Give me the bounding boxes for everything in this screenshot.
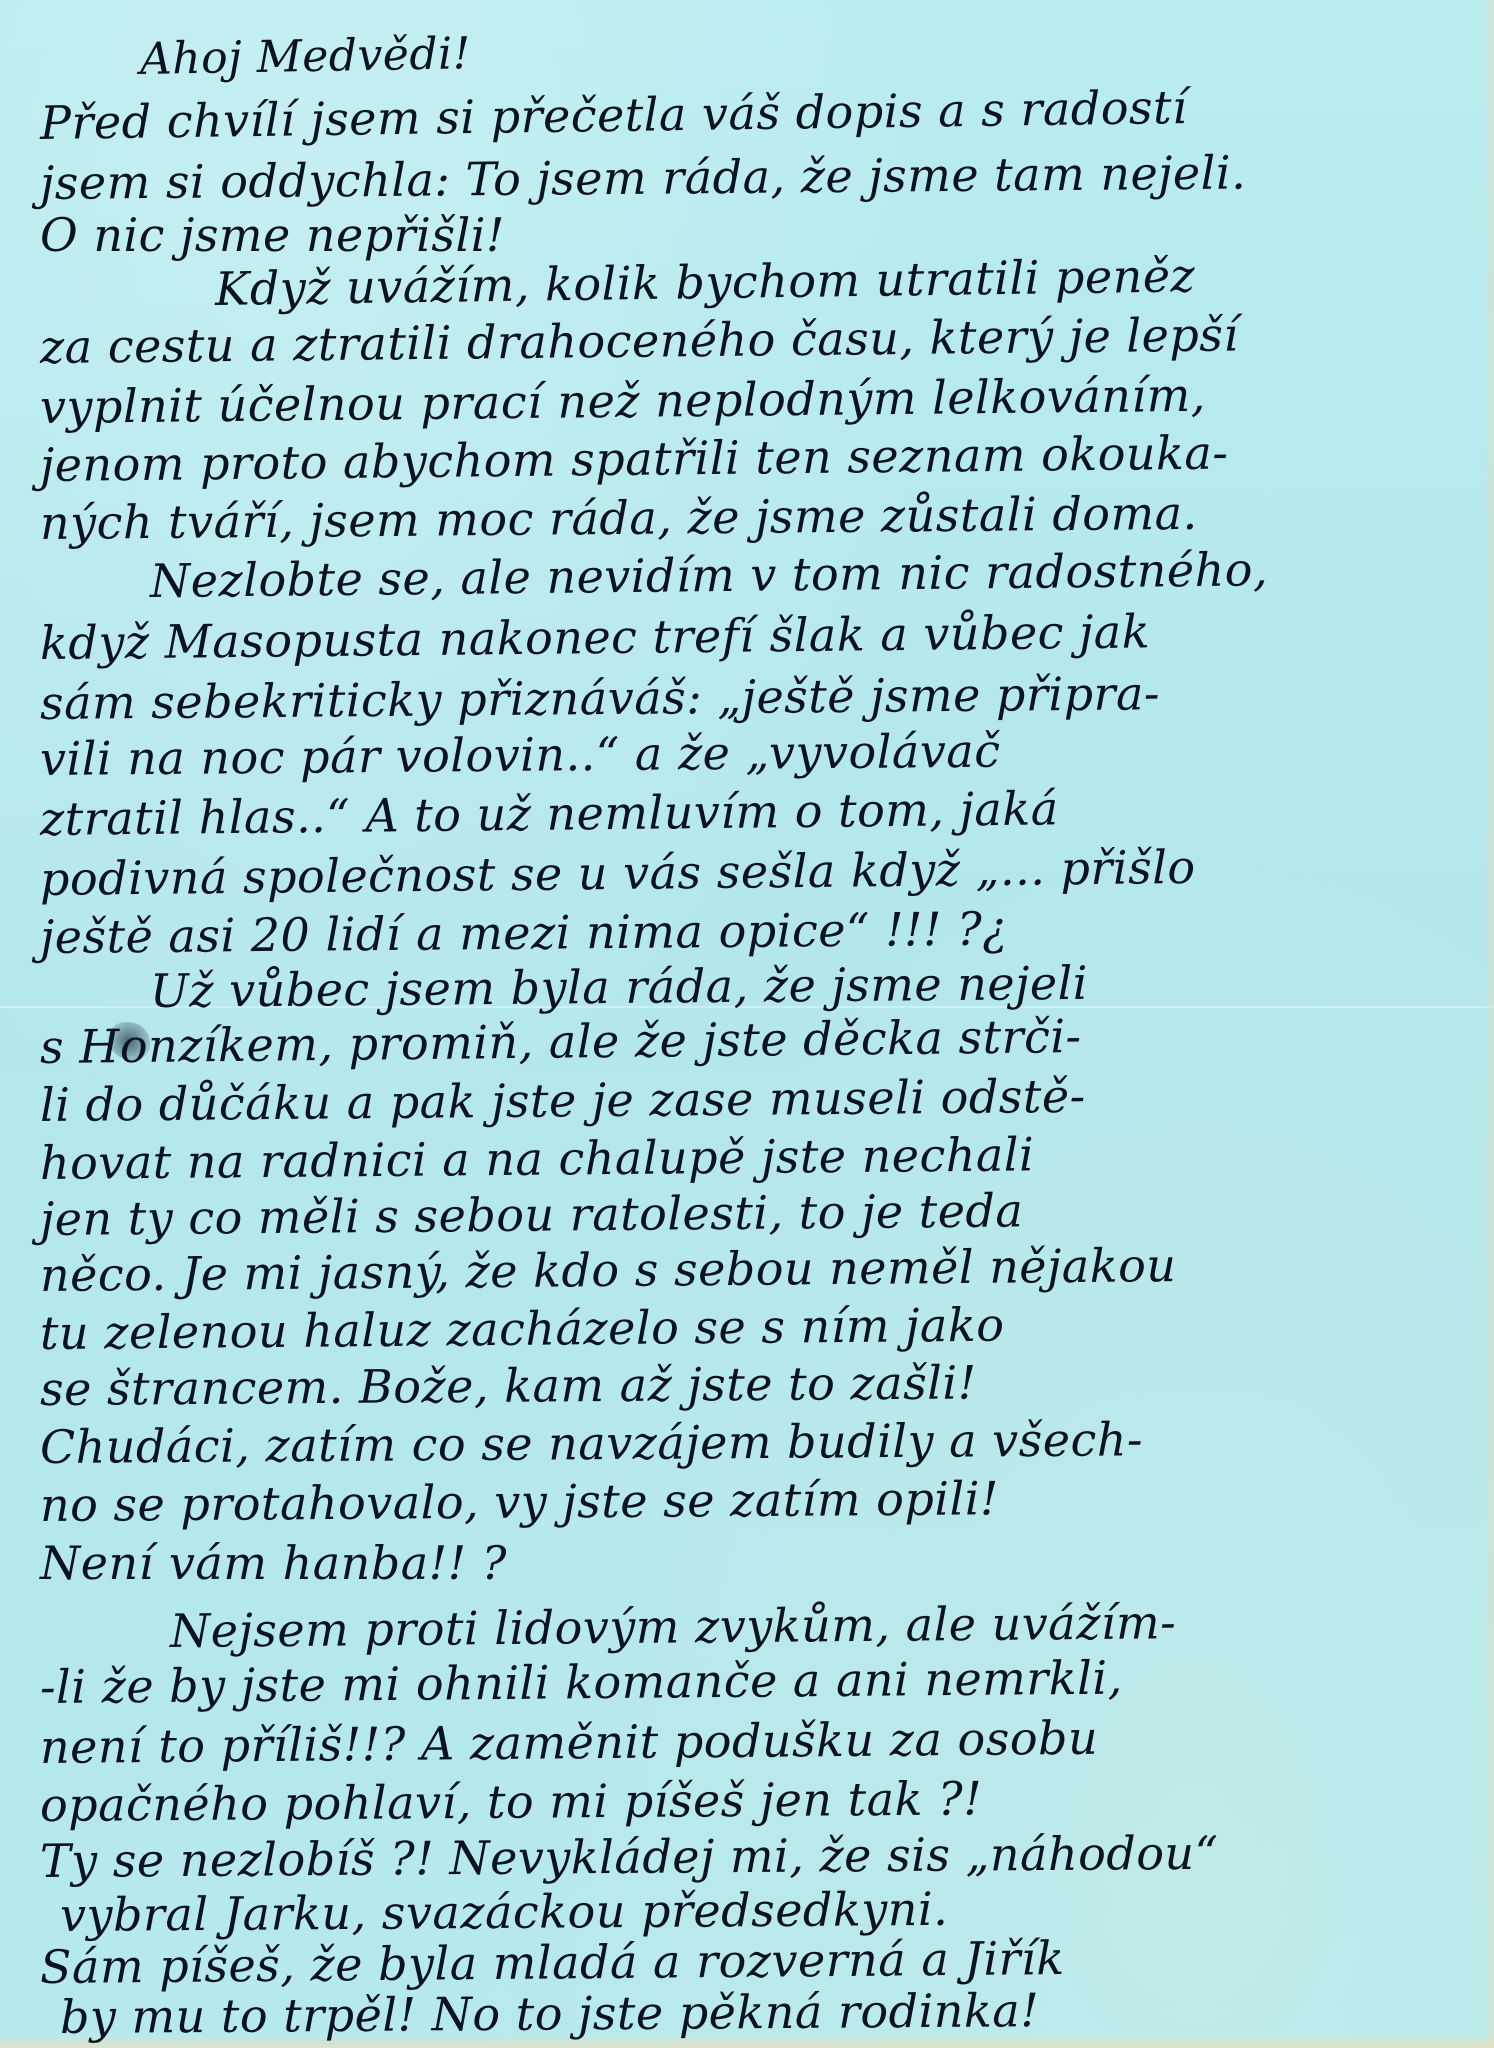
letter-line: opačného pohlaví, to mi píšeš jen tak ?! bbox=[40, 1775, 983, 1828]
letter-line: jsem si oddychla: To jsem ráda, že jsme … bbox=[40, 149, 1247, 206]
letter-line: tu zelenou haluz zacházelo se s ním jako bbox=[40, 1302, 1005, 1356]
letter-line: Sám píšeš, že byla mladá a rozverná a Ji… bbox=[40, 1935, 1065, 1990]
letter-line: podivná společnost se u vás sešla když „… bbox=[40, 844, 1196, 902]
letter-line: když Masopusta nakonec trefí šlak a vůbe… bbox=[40, 608, 1151, 666]
letter-line: by mu to trpěl! No to jste pěkná rodinka… bbox=[60, 1987, 1040, 2040]
letter-line: ještě asi 20 lidí a mezi nima opice“ !!!… bbox=[40, 906, 1008, 960]
letter-line: Nezlobte se, ale nevidím v tom nic rados… bbox=[150, 546, 1269, 604]
letter-line: no se protahovalo, vy jste se zatím opil… bbox=[40, 1475, 999, 1528]
letter-line: sám sebekriticky přiznáváš: „ještě jsme … bbox=[40, 670, 1160, 726]
paper-edge-right bbox=[1484, 0, 1494, 2048]
letter-line: s Honzíkem, promiň, ale že jste děcka st… bbox=[40, 1013, 1082, 1070]
letter-line: vili na noc pár volovin..“ a že „vyvoláv… bbox=[40, 728, 1001, 782]
letter-paper: Ahoj Medvědi! Před chvílí jsem si přečet… bbox=[0, 0, 1494, 2048]
letter-line: Před chvílí jsem si přečetla váš dopis a… bbox=[40, 84, 1188, 146]
letter-line: Nejsem proti lidovým zvykům, ale uvážím- bbox=[170, 1599, 1177, 1654]
letter-line: jen ty co měli s sebou ratolesti, to je … bbox=[40, 1187, 1024, 1242]
letter-line: li do důčáku a pak jste je zase museli o… bbox=[40, 1073, 1086, 1128]
letter-line: Už vůbec jsem byla ráda, že jsme nejeli bbox=[150, 960, 1088, 1014]
letter-line: se štrancem. Bože, kam až jste to zašli! bbox=[40, 1359, 977, 1412]
letter-greeting: Ahoj Medvědi! bbox=[140, 32, 472, 82]
letter-line: Není vám hanba!! ? bbox=[40, 1540, 507, 1586]
letter-line: něco. Je mi jasný, že kdo s sebou neměl … bbox=[40, 1242, 1177, 1298]
letter-line: ných tváří, jsem moc ráda, že jsme zůsta… bbox=[40, 490, 1198, 546]
letter-line: hovat na radnici a na chalupě jste necha… bbox=[40, 1131, 1035, 1186]
letter-line: vybral Jarku, svazáckou předsedkyni. bbox=[60, 1886, 949, 1938]
letter-line: za cestu a ztratili drahoceného času, kt… bbox=[40, 311, 1239, 370]
letter-line: Chudáci, zatím co se navzájem budily a v… bbox=[40, 1416, 1143, 1470]
letter-line: O nic jsme nepřišli! bbox=[40, 212, 505, 258]
letter-line: jenom proto abychom spatřili ten seznam … bbox=[40, 430, 1229, 488]
letter-line: vyplnit účelnou prací než neplodným lelk… bbox=[40, 372, 1206, 430]
letter-line: Ty se nezlobíš ?! Nevykládej mi, že sis … bbox=[40, 1830, 1219, 1884]
letter-line: není to příliš!!? A zaměnit podušku za o… bbox=[40, 1715, 1098, 1770]
letter-line: Když uvážím, kolik bychom utratili peněz bbox=[215, 252, 1196, 312]
letter-line: ztratil hlas..“ A to už nemluvím o tom, … bbox=[40, 785, 1059, 842]
letter-line: -li že by jste mi ohnili komanče a ani n… bbox=[40, 1655, 1123, 1710]
